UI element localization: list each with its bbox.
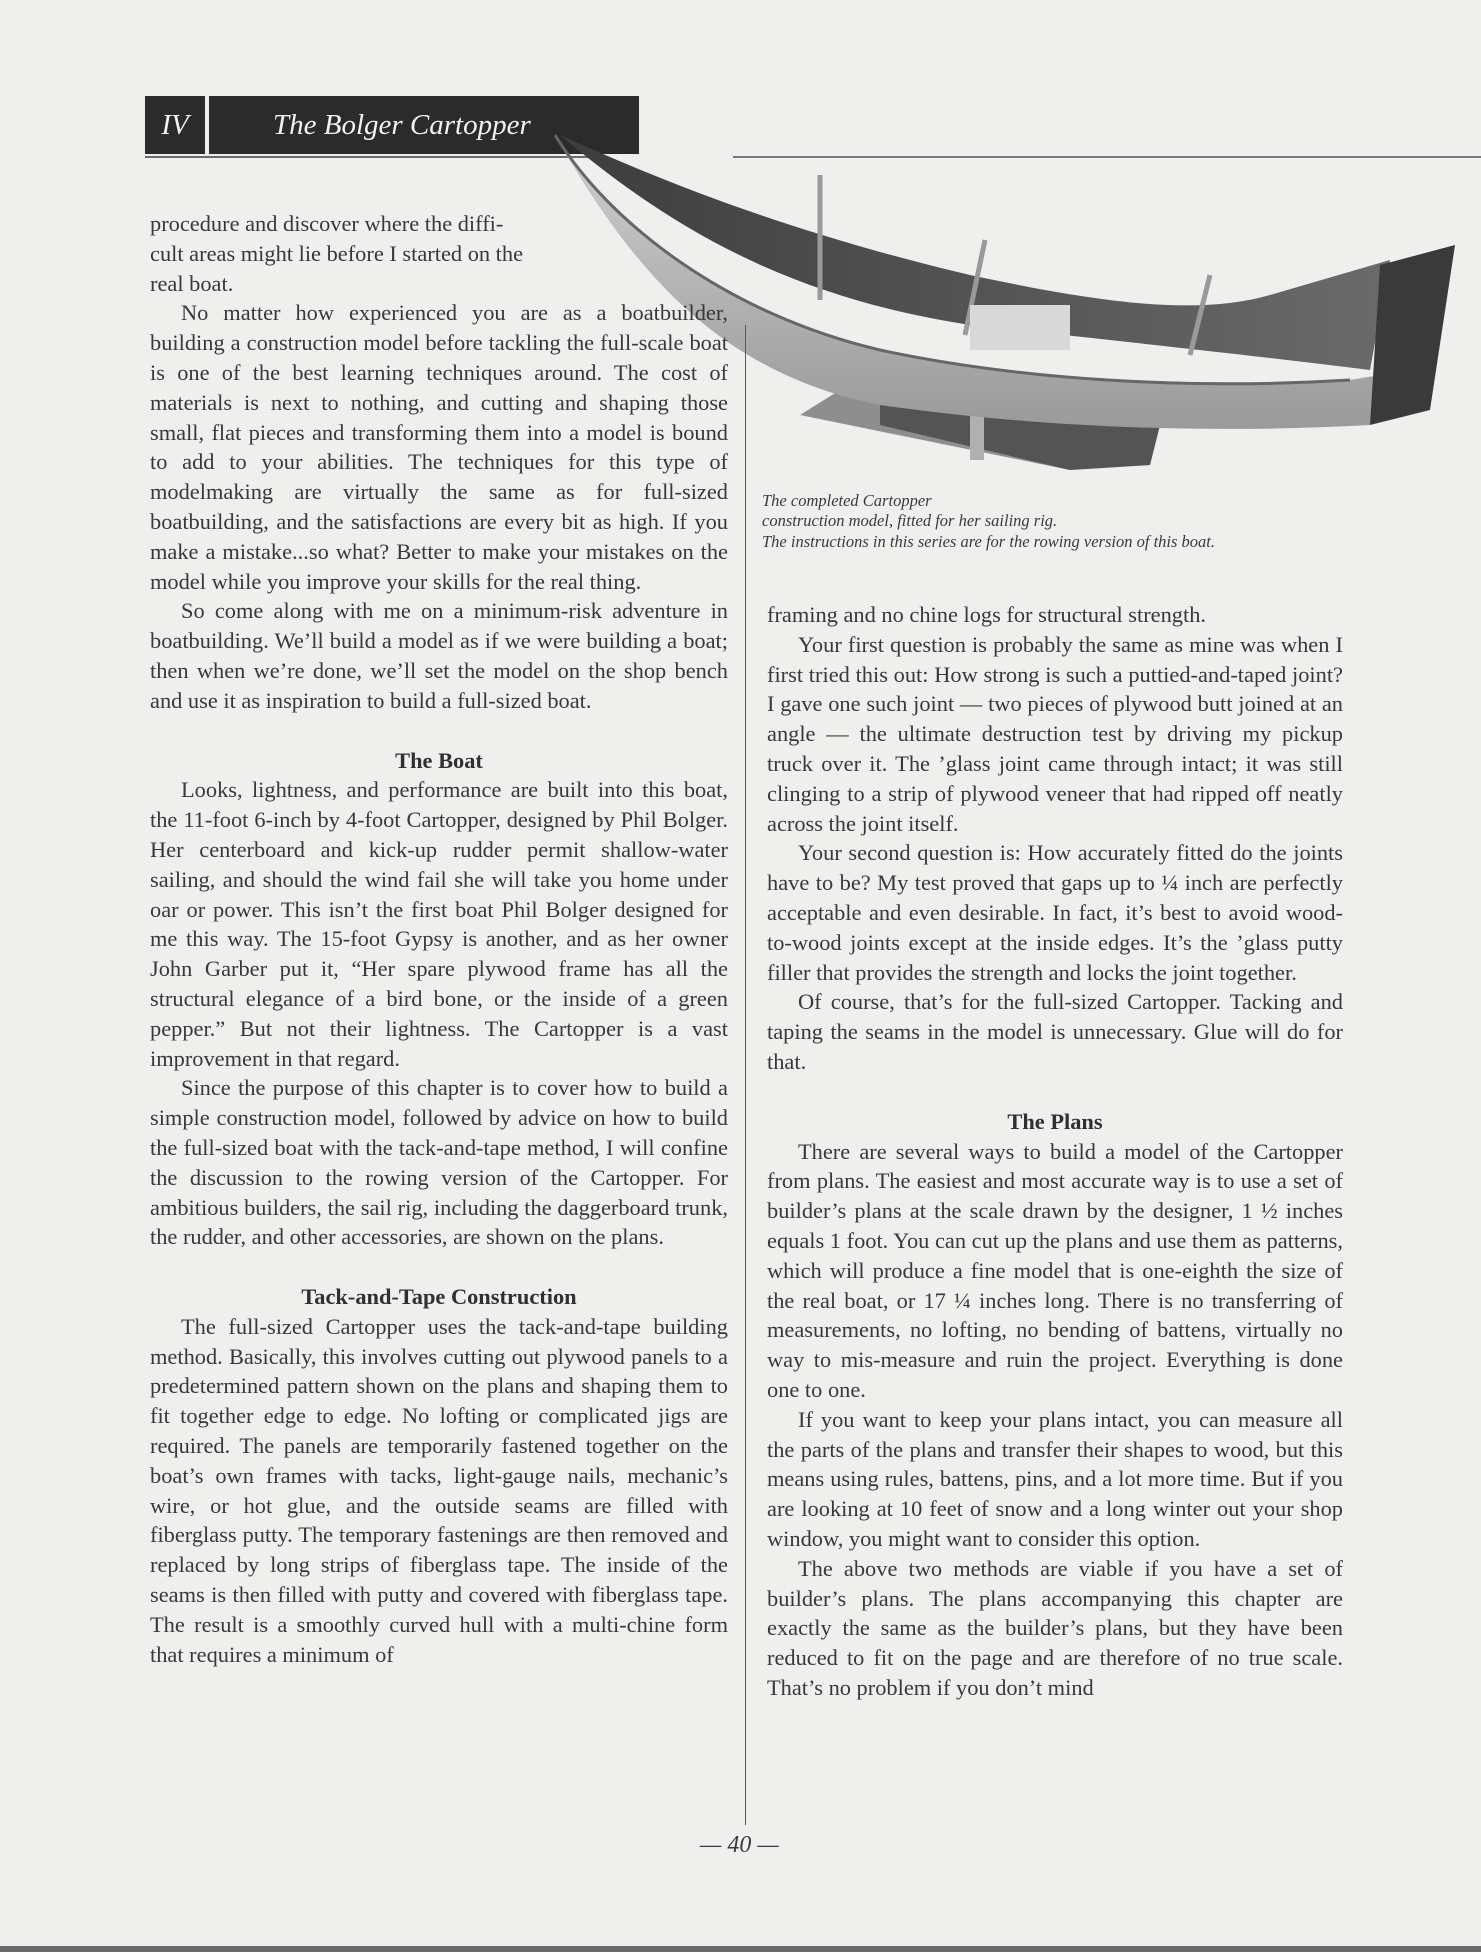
paragraph: procedure and discover where the diffi- bbox=[150, 209, 590, 239]
paragraph: The above two methods are viable if you … bbox=[767, 1554, 1343, 1703]
paragraph: Since the purpose of this chapter is to … bbox=[150, 1073, 728, 1252]
left-column: procedure and discover where the diffi- … bbox=[150, 209, 728, 1669]
paragraph: Looks, lightness, and performance are bu… bbox=[150, 775, 728, 1073]
section-heading-tack-and-tape: Tack-and-Tape Construction bbox=[150, 1282, 728, 1312]
paragraph: So come along with me on a minimum-risk … bbox=[150, 596, 728, 715]
paragraph: framing and no chine logs for structural… bbox=[767, 600, 1343, 630]
header-rule-left bbox=[145, 156, 595, 158]
caption-line: The instructions in this series are for … bbox=[762, 532, 1402, 552]
paragraph: real boat. bbox=[150, 269, 590, 299]
column-divider bbox=[745, 325, 746, 1825]
paragraph: There are several ways to build a model … bbox=[767, 1137, 1343, 1405]
caption-line: The completed Cartopper bbox=[762, 491, 1402, 511]
figure-caption: The completed Cartopper construction mod… bbox=[762, 491, 1402, 552]
caption-line: construction model, fitted for her saili… bbox=[762, 511, 1402, 531]
paragraph: If you want to keep your plans intact, y… bbox=[767, 1405, 1343, 1554]
page-edge bbox=[0, 1946, 1481, 1952]
paragraph: No matter how experienced you are as a b… bbox=[150, 298, 728, 596]
paragraph: Your first question is probably the same… bbox=[767, 630, 1343, 839]
paragraph: Of course, that’s for the full-sized Car… bbox=[767, 987, 1343, 1076]
section-heading-the-boat: The Boat bbox=[150, 746, 728, 776]
section-heading-the-plans: The Plans bbox=[767, 1107, 1343, 1137]
paragraph: Your second question is: How accurately … bbox=[767, 838, 1343, 987]
chapter-number: IV bbox=[145, 96, 205, 154]
page-number: — 40 — bbox=[700, 1832, 779, 1859]
right-column: framing and no chine logs for structural… bbox=[767, 600, 1343, 1703]
paragraph: The full-sized Cartopper uses the tack-a… bbox=[150, 1312, 728, 1670]
paragraph: cult areas might lie before I started on… bbox=[150, 239, 590, 269]
